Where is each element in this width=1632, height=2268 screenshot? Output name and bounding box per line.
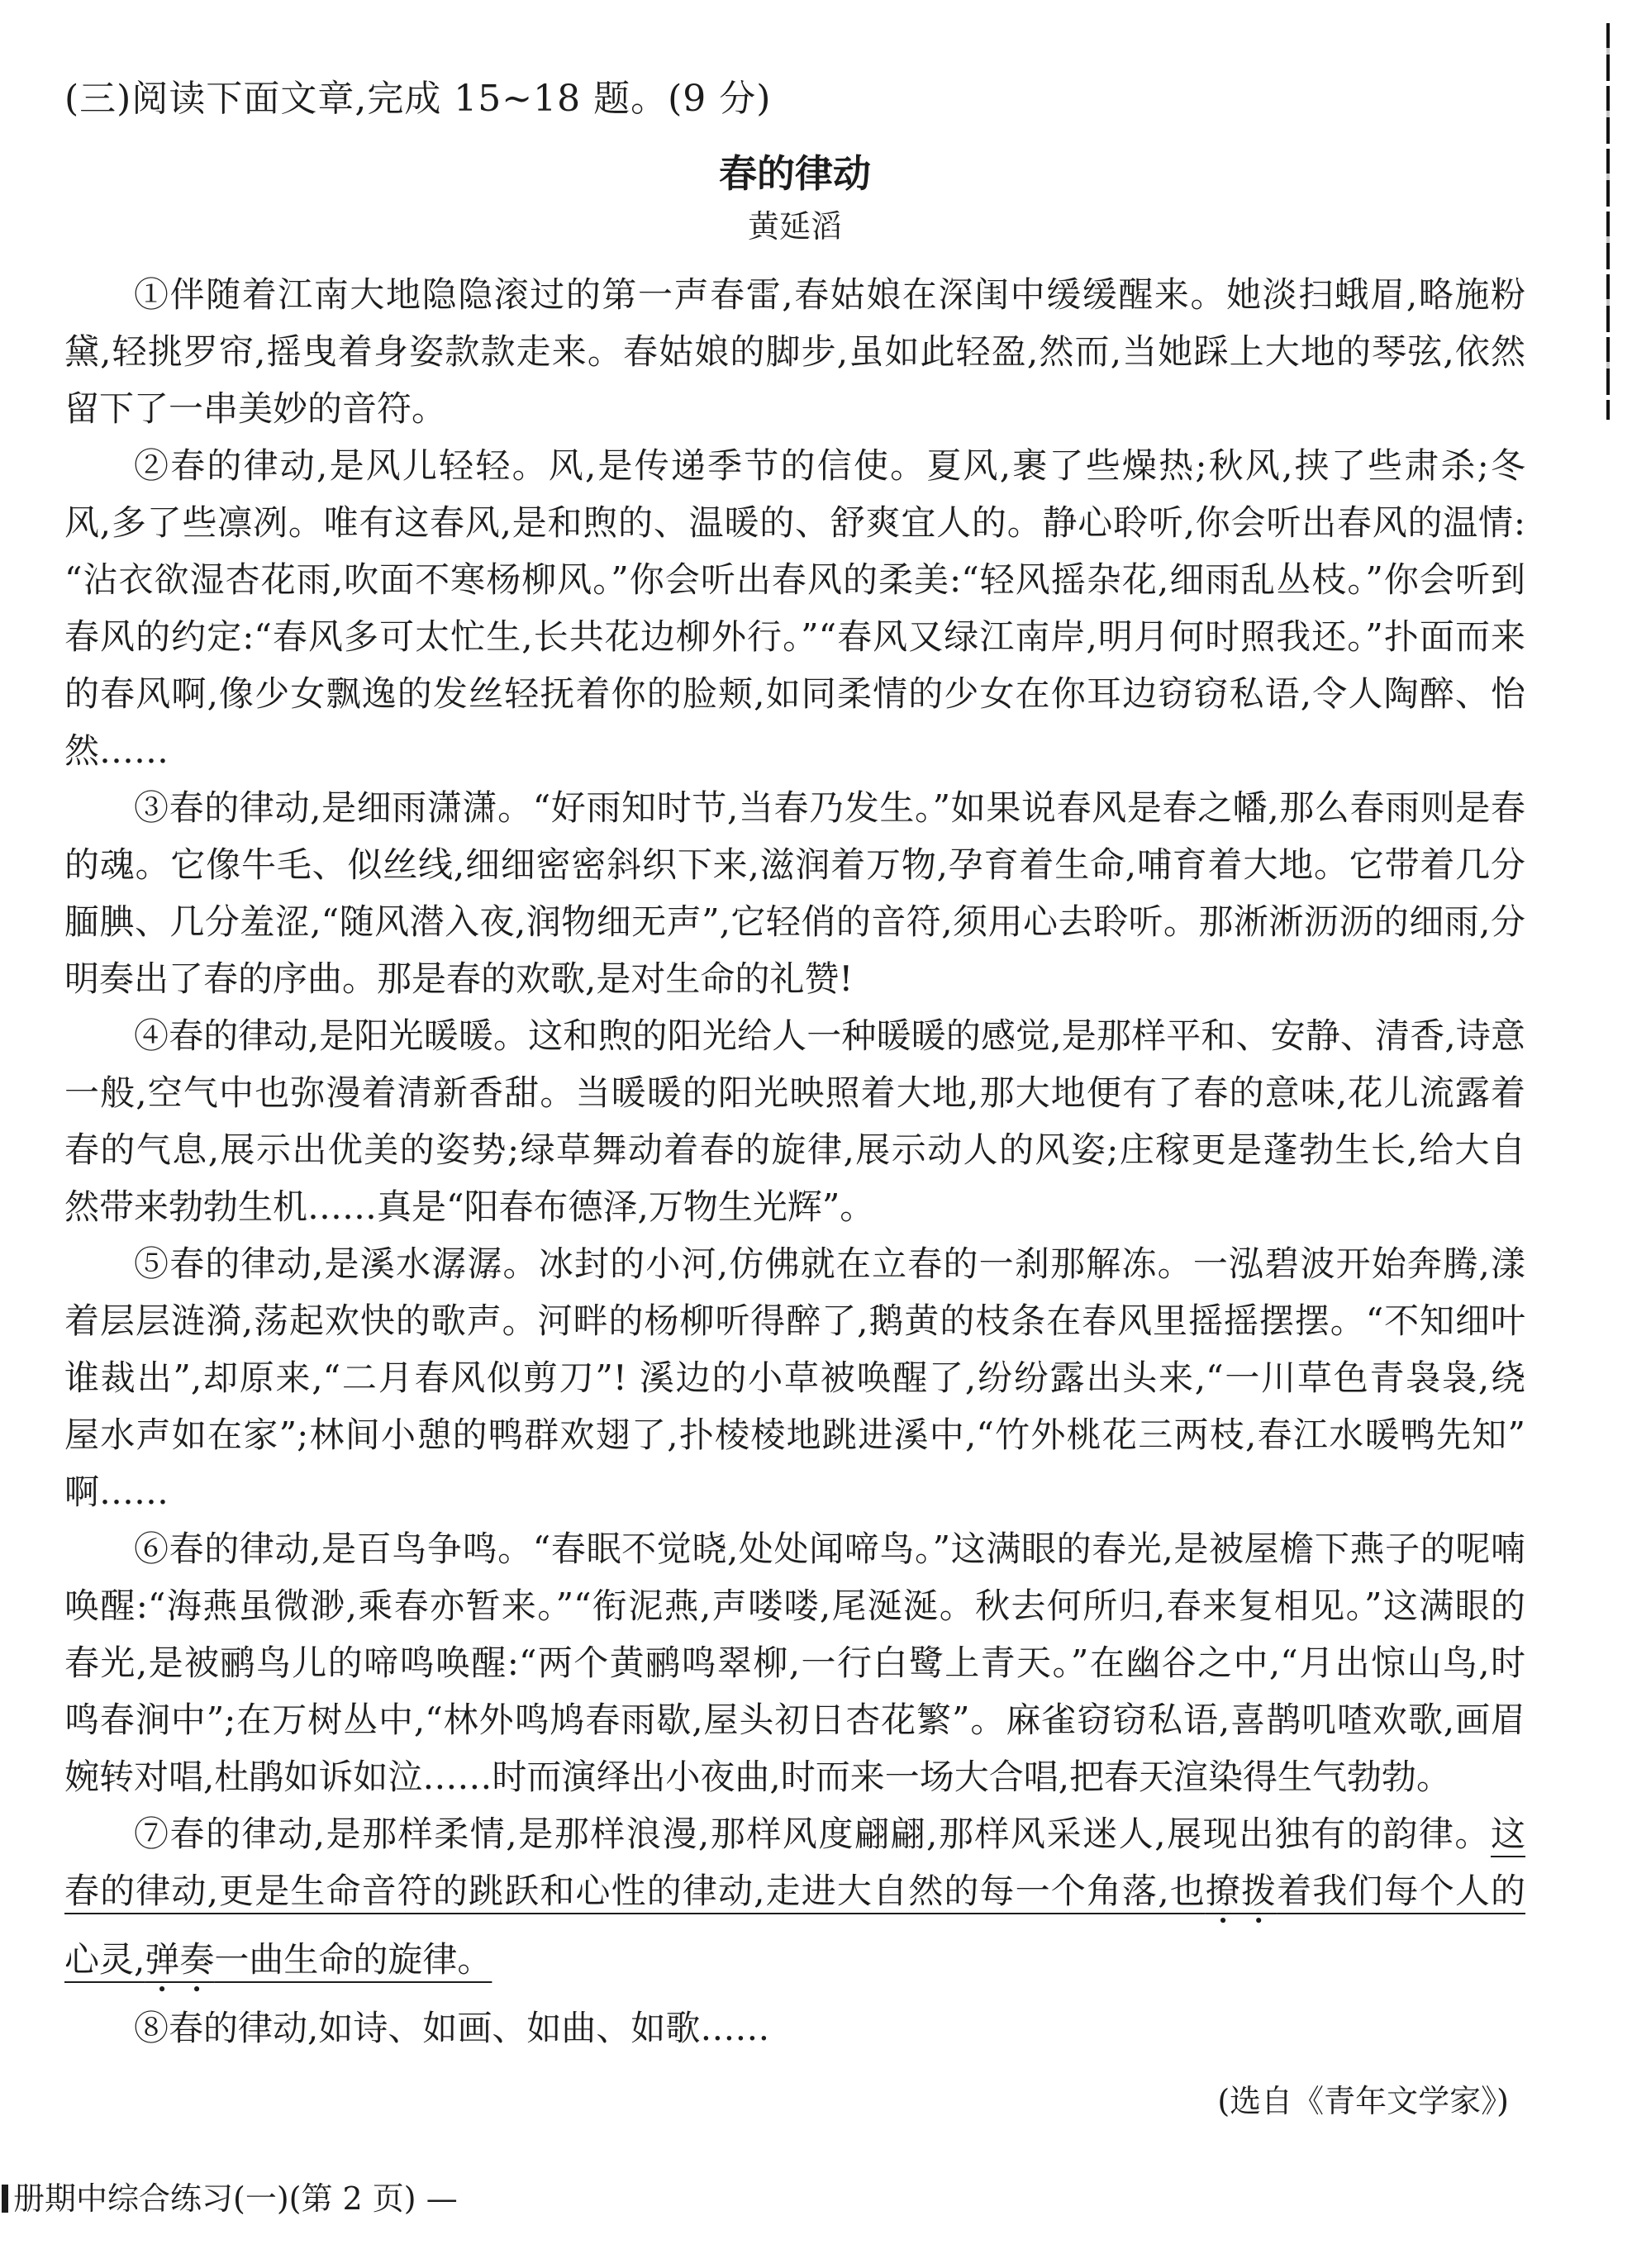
text-line: ④春的律动,是阳光暖暖。这和煦的阳光给人一种暖暖的感觉,是那样平和、安静、清香,… — [64, 1007, 1525, 1064]
text-segment: ②春的律动,是风儿轻轻。风,是传递季节的信使。夏风,裹了些燥热;秋风,挟了些肃杀… — [134, 445, 1525, 486]
text-segment: 鸣春涧中”;在万树丛中,“林外鸣鸠春雨歇,屋头初日杏花繁”。麻雀窃窃私语,喜鹊叽… — [64, 1700, 1525, 1740]
underlined-text: 这 — [1491, 1814, 1525, 1854]
text-segment: 春光,是被鹂鸟儿的啼鸣唤醒:“两个黄鹂鸣翠柳,一行白鹭上青天。”在幽谷之中,“月… — [64, 1643, 1525, 1683]
text-line: 鸣春涧中”;在万树丛中,“林外鸣鸠春雨歇,屋头初日杏花繁”。麻雀窃窃私语,喜鹊叽… — [64, 1691, 1525, 1748]
text-line: 然带来勃勃生机……真是“阳春布德泽,万物生光辉”。 — [64, 1178, 1525, 1235]
text-segment: ①伴随着江南大地隐隐滚过的第一声春雷,春姑娘在深闺中缓缓醒来。她淡扫蛾眉,略施粉 — [134, 274, 1525, 315]
text-segment: 春风的约定:“春风多可太忙生,长共花边柳外行。”“春风又绿江南岸,明月何时照我还… — [64, 616, 1525, 657]
text-line: 啊…… — [64, 1463, 1525, 1520]
underlined-text: 心灵, — [64, 1939, 145, 1980]
text-line: 屋水声如在家”;林间小憩的鸭群欢翅了,扑棱棱地跳进溪中,“竹外桃花三两枝,春江水… — [64, 1406, 1525, 1463]
text-segment: 然带来勃勃生机……真是“阳春布德泽,万物生光辉”。 — [64, 1186, 874, 1227]
page-content: (三)阅读下面文章,完成 15~18 题。(9 分) 春的律动 黄延滔 ①伴随着… — [64, 73, 1525, 2123]
text-segment: 一般,空气中也弥漫着清新香甜。当暖暖的阳光映照着大地,那大地便有了春的意味,花儿… — [64, 1072, 1525, 1113]
text-line: ⑥春的律动,是百鸟争鸣。“春眠不觉晓,处处闻啼鸟。”这满眼的春光,是被屋檐下燕子… — [64, 1520, 1525, 1577]
text-line: ①伴随着江南大地隐隐滚过的第一声春雷,春姑娘在深闺中缓缓醒来。她淡扫蛾眉,略施粉 — [64, 266, 1525, 323]
text-line: 婉转对唱,杜鹃如诉如泣……时而演绎出小夜曲,时而来一场大合唱,把春天渲染得生气勃… — [64, 1748, 1525, 1805]
text-segment: ⑥春的律动,是百鸟争鸣。“春眠不觉晓,处处闻啼鸟。”这满眼的春光,是被屋檐下燕子… — [134, 1529, 1525, 1569]
text-segment: ⑧春的律动,如诗、如画、如曲、如歌…… — [134, 2008, 769, 2048]
text-line: “沾衣欲湿杏花雨,吹面不寒杨柳风。”你会听出春风的柔美:“轻风摇杂花,细雨乱丛枝… — [64, 551, 1525, 608]
text-segment: “沾衣欲湿杏花雨,吹面不寒杨柳风。”你会听出春风的柔美:“轻风摇杂花,细雨乱丛枝… — [64, 559, 1525, 600]
page-footer: 册期中综合练习(一)(第 2 页) — — [2, 2177, 458, 2220]
text-segment: ⑤春的律动,是溪水潺潺。冰封的小河,仿佛就在立春的一刹那解冻。一泓碧波开始奔腾,… — [134, 1243, 1525, 1284]
text-line: 的魂。它像牛毛、似丝线,细细密密斜织下来,滋润着万物,孕育着生命,哺育着大地。它… — [64, 836, 1525, 893]
text-line: 的春风啊,像少女飘逸的发丝轻抚着你的脸颊,如同柔情的少女在你耳边窃窃私语,令人陶… — [64, 665, 1525, 722]
article-title: 春的律动 — [64, 147, 1525, 200]
section-header: (三)阅读下面文章,完成 15~18 题。(9 分) — [64, 73, 1525, 126]
clipped-character-fragment — [2, 2185, 8, 2213]
text-line: 春风的约定:“春风多可太忙生,长共花边柳外行。”“春风又绿江南岸,明月何时照我还… — [64, 608, 1525, 665]
article-author: 黄延滔 — [64, 205, 1525, 248]
text-segment: ⑦春的律动,是那样柔情,是那样浪漫,那样风度翩翩,那样风采迷人,展现出独有的韵律… — [134, 1814, 1491, 1854]
text-segment: ③春的律动,是细雨潇潇。“好雨知时节,当春乃发生。”如果说春风是春之幡,那么春雨… — [134, 787, 1525, 828]
text-line: 一般,空气中也弥漫着清新香甜。当暖暖的阳光映照着大地,那大地便有了春的意味,花儿… — [64, 1064, 1525, 1121]
text-segment: 风,多了些凛冽。唯有这春风,是和煦的、温暖的、舒爽宜人的。静心聆听,你会听出春风… — [64, 502, 1525, 543]
text-segment: 然…… — [64, 730, 169, 771]
text-segment: 春的气息,展示出优美的姿势;绿草舞动着春的旋律,展示动人的风姿;庄稼更是蓬勃生长… — [64, 1129, 1525, 1170]
text-line: 春的气息,展示出优美的姿势;绿草舞动着春的旋律,展示动人的风姿;庄稼更是蓬勃生长… — [64, 1121, 1525, 1178]
underlined-text: 弹奏 — [145, 1939, 214, 1980]
text-line: 谁裁出”,却原来,“二月春风似剪刀”! 溪边的小草被唤醒了,纷纷露出头来,“一川… — [64, 1349, 1525, 1406]
source-attribution: (选自《青年文学家》) — [64, 2080, 1525, 2123]
text-segment: 啊…… — [64, 1472, 169, 1512]
text-line: ②春的律动,是风儿轻轻。风,是传递季节的信使。夏风,裹了些燥热;秋风,挟了些肃杀… — [64, 437, 1525, 494]
text-line: 黛,轻挑罗帘,摇曳着身姿款款走来。春姑娘的脚步,虽如此轻盈,然而,当她踩上大地的… — [64, 323, 1525, 380]
text-line: 明奏出了春的序曲。那是春的欢歌,是对生命的礼赞! — [64, 950, 1525, 1007]
text-segment: 的魂。它像牛毛、似丝线,细细密密斜织下来,滋润着万物,孕育着生命,哺育着大地。它… — [64, 844, 1525, 885]
text-segment: 黛,轻挑罗帘,摇曳着身姿款款走来。春姑娘的脚步,虽如此轻盈,然而,当她踩上大地的… — [64, 331, 1525, 372]
document-page: (三)阅读下面文章,完成 15~18 题。(9 分) 春的律动 黄延滔 ①伴随着… — [0, 0, 1632, 2268]
text-segment: 明奏出了春的序曲。那是春的欢歌,是对生命的礼赞! — [64, 958, 853, 999]
text-segment: 屋水声如在家”;林间小憩的鸭群欢翅了,扑棱棱地跳进溪中,“竹外桃花三两枝,春江水… — [64, 1415, 1525, 1455]
underlined-text: 春的律动,更是生命音符的跳跃和心性的律动,走进大自然的每一个角落,也 — [64, 1871, 1206, 1911]
text-line: ⑦春的律动,是那样柔情,是那样浪漫,那样风度翩翩,那样风采迷人,展现出独有的韵律… — [64, 1805, 1525, 1862]
text-line: 春的律动,更是生命音符的跳跃和心性的律动,走进大自然的每一个角落,也撩拨着我们每… — [64, 1862, 1525, 1931]
text-line: 着层层涟漪,荡起欢快的歌声。河畔的杨柳听得醉了,鹅黄的枝条在春风里摇摇摆摆。“不… — [64, 1292, 1525, 1349]
text-line: 腼腆、几分羞涩,“随风潜入夜,润物细无声”,它轻俏的音符,须用心去聆听。那淅淅沥… — [64, 893, 1525, 950]
text-line: ③春的律动,是细雨潇潇。“好雨知时节,当春乃发生。”如果说春风是春之幡,那么春雨… — [64, 779, 1525, 836]
text-line: 风,多了些凛冽。唯有这春风,是和煦的、温暖的、舒爽宜人的。静心聆听,你会听出春风… — [64, 494, 1525, 551]
text-line: 唤醒:“海燕虽微渺,乘春亦暂来。”“衔泥燕,声喽喽,尾涎涎。秋去何所归,春来复相… — [64, 1577, 1525, 1634]
text-segment: 婉转对唱,杜鹃如诉如泣……时而演绎出小夜曲,时而来一场大合唱,把春天渲染得生气勃… — [64, 1757, 1451, 1797]
underlined-text: 一曲生命的旋律。 — [214, 1939, 492, 1980]
text-line: ⑤春的律动,是溪水潺潺。冰封的小河,仿佛就在立春的一刹那解冻。一泓碧波开始奔腾,… — [64, 1235, 1525, 1292]
underlined-text: 着我们每个人的 — [1277, 1871, 1525, 1911]
text-segment: 的春风啊,像少女飘逸的发丝轻抚着你的脸颊,如同柔情的少女在你耳边窃窃私语,令人陶… — [64, 673, 1525, 714]
scan-edge-mark — [1606, 23, 1610, 420]
article-body: ①伴随着江南大地隐隐滚过的第一声春雷,春姑娘在深闺中缓缓醒来。她淡扫蛾眉,略施粉… — [64, 266, 1525, 2056]
text-segment: 谁裁出”,却原来,“二月春风似剪刀”! 溪边的小草被唤醒了,纷纷露出头来,“一川… — [64, 1357, 1525, 1398]
text-line: 留下了一串美妙的音符。 — [64, 380, 1525, 437]
footer-text: 册期中综合练习(一)(第 2 页) — — [13, 2180, 458, 2217]
text-line: 然…… — [64, 722, 1525, 779]
text-segment: 唤醒:“海燕虽微渺,乘春亦暂来。”“衔泥燕,声喽喽,尾涎涎。秋去何所归,春来复相… — [64, 1586, 1525, 1626]
text-line: ⑧春的律动,如诗、如画、如曲、如歌…… — [64, 1999, 1525, 2056]
text-line: 春光,是被鹂鸟儿的啼鸣唤醒:“两个黄鹂鸣翠柳,一行白鹭上青天。”在幽谷之中,“月… — [64, 1634, 1525, 1691]
text-line: 心灵,弹奏一曲生命的旋律。 — [64, 1931, 1525, 1999]
underlined-text: 撩拨 — [1206, 1871, 1277, 1911]
text-segment: 着层层涟漪,荡起欢快的歌声。河畔的杨柳听得醉了,鹅黄的枝条在春风里摇摇摆摆。“不… — [64, 1300, 1525, 1341]
text-segment: 腼腆、几分羞涩,“随风潜入夜,润物细无声”,它轻俏的音符,须用心去聆听。那淅淅沥… — [64, 901, 1525, 942]
text-segment: 留下了一串美妙的音符。 — [64, 388, 446, 429]
text-segment: ④春的律动,是阳光暖暖。这和煦的阳光给人一种暖暖的感觉,是那样平和、安静、清香,… — [134, 1015, 1525, 1056]
